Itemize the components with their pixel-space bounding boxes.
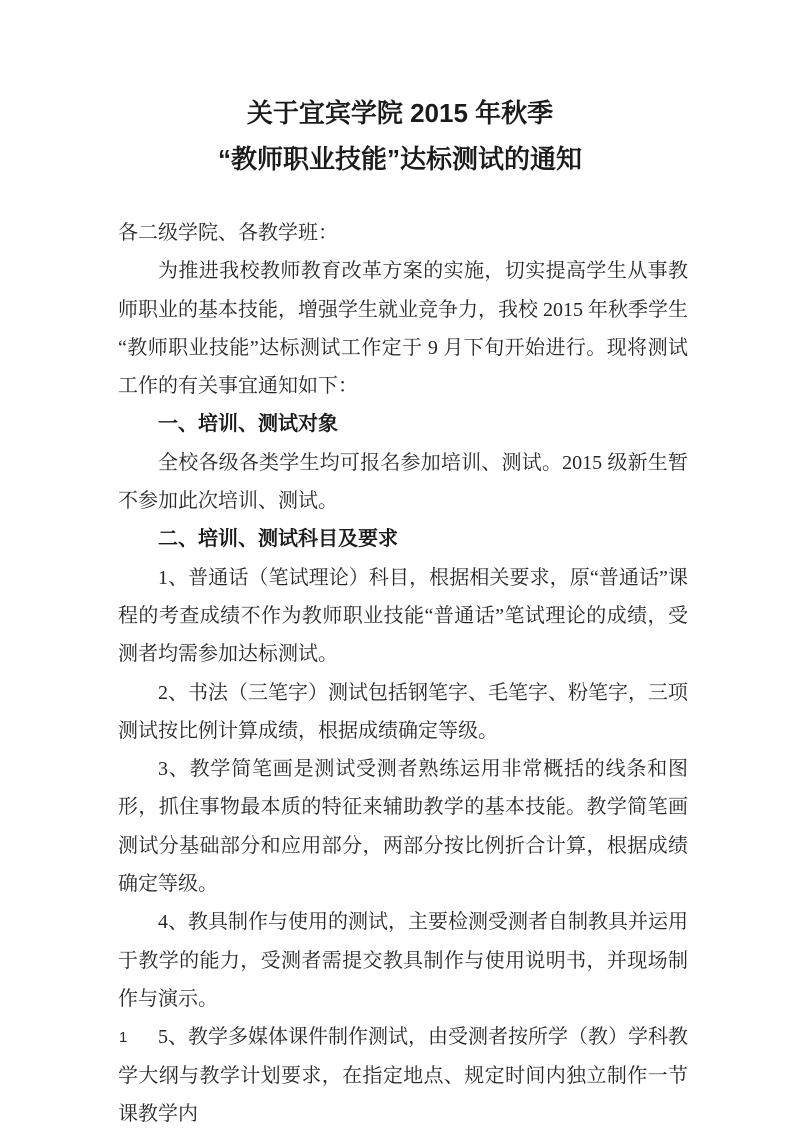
- page-number: 1: [119, 1028, 127, 1048]
- section-1-paragraph: 全校各级各类学生均可报名参加培训、测试。2015 级新生暂不参加此次培训、测试。: [118, 444, 688, 521]
- salutation: 各二级学院、各教学班：: [118, 214, 688, 252]
- item-4-paragraph: 4、教具制作与使用的测试，主要检测受测者自制教具并运用于教学的能力，受测者需提交…: [118, 903, 688, 1018]
- section-1-heading: 一、培训、测试对象: [118, 405, 688, 443]
- item-1-paragraph: 1、普通话（笔试理论）科目，根据相关要求，原“普通话”课程的考查成绩不作为教师职…: [118, 559, 688, 674]
- item-2-paragraph: 2、书法（三笔字）测试包括钢笔字、毛笔字、粉笔字，三项测试按比例计算成绩，根据成…: [118, 674, 688, 751]
- item-5-paragraph: 5、教学多媒体课件制作测试，由受测者按所学（教）学科教学大纲与教学计划要求，在指…: [118, 1018, 688, 1131]
- title-line-1: 关于宜宾学院 2015 年秋季: [0, 90, 800, 136]
- document-body: 各二级学院、各教学班： 为推进我校教师教育改革方案的实施，切实提高学生从事教师职…: [118, 214, 688, 1131]
- document-page: 关于宜宾学院 2015 年秋季 “教师职业技能”达标测试的通知 各二级学院、各教…: [0, 0, 800, 1131]
- title-line-2: “教师职业技能”达标测试的通知: [0, 136, 800, 182]
- section-2-heading: 二、培训、测试科目及要求: [118, 520, 688, 558]
- item-3-paragraph: 3、教学简笔画是测试受测者熟练运用非常概括的线条和图形，抓住事物最本质的特征来辅…: [118, 750, 688, 903]
- document-title: 关于宜宾学院 2015 年秋季 “教师职业技能”达标测试的通知: [0, 90, 800, 182]
- intro-paragraph: 为推进我校教师教育改革方案的实施，切实提高学生从事教师职业的基本技能，增强学生就…: [118, 252, 688, 405]
